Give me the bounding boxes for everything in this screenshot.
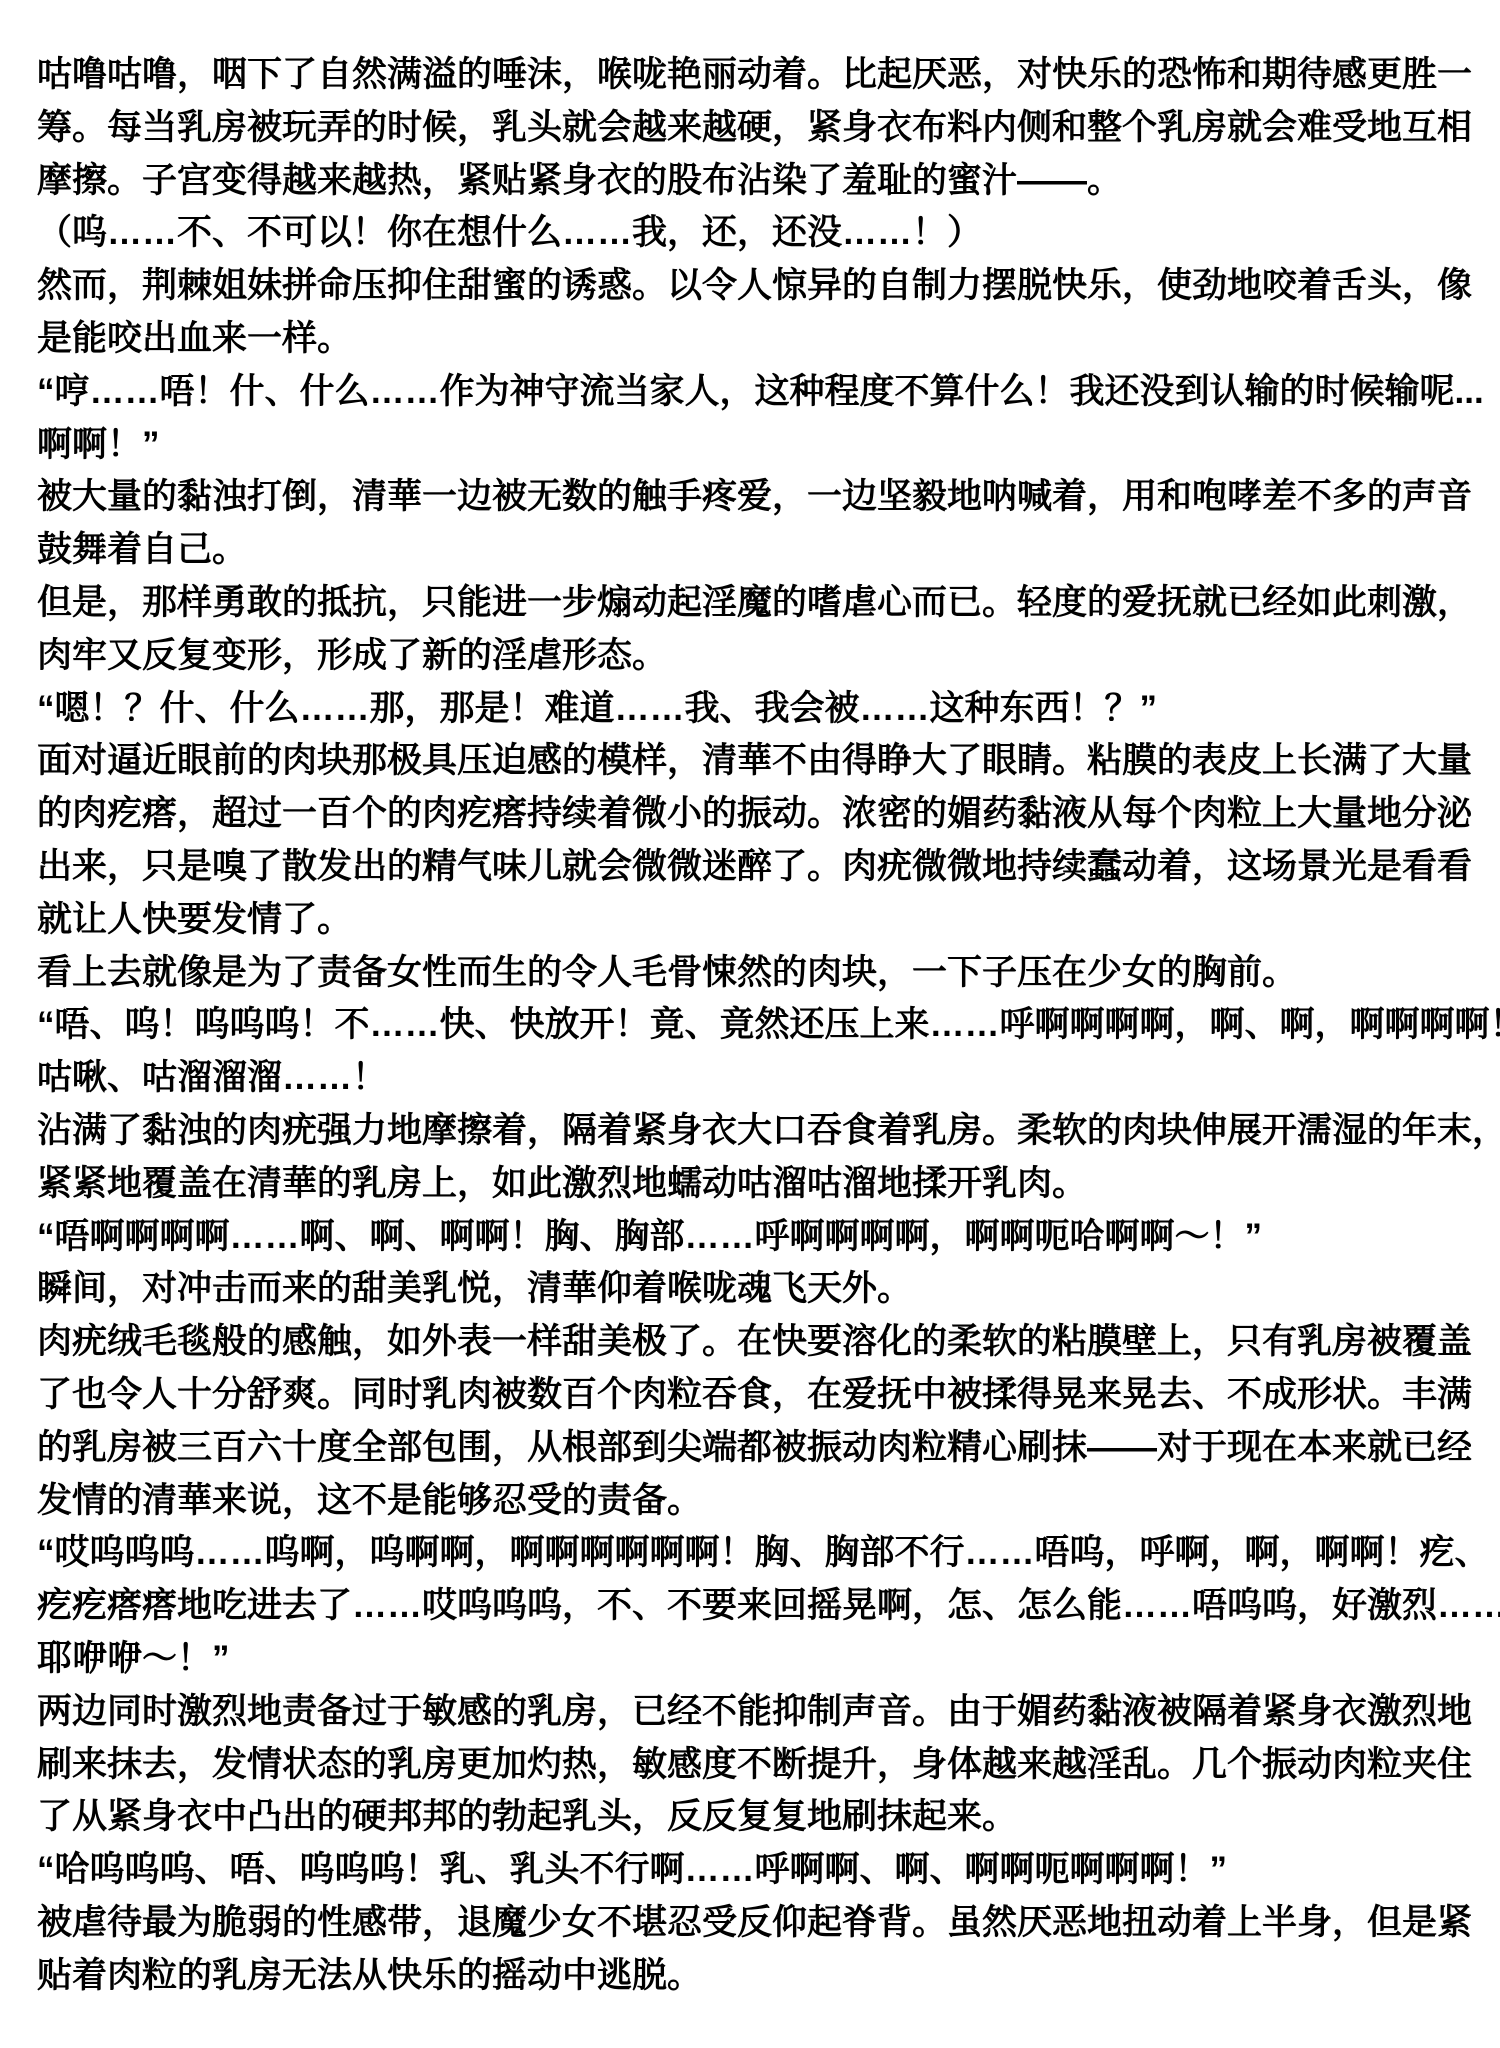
text-line: 啊啊！”	[37, 419, 1464, 472]
page-text: 咕噜咕噜，咽下了自然满溢的唾沫，喉咙艳丽动着。比起厌恶，对快乐的恐怖和期待感更胜…	[0, 0, 1500, 2048]
text-line: “哈呜呜呜、唔、呜呜呜！乳、乳头不行啊……呼啊啊、啊、啊啊呃啊啊啊！”	[37, 1844, 1464, 1897]
text-line: “哎呜呜呜……呜啊，呜啊啊，啊啊啊啊啊啊！胸、胸部不行……唔呜，呼啊，啊，啊啊！…	[37, 1527, 1464, 1580]
text-line: 咕啾、咕溜溜溜……！	[37, 1052, 1464, 1105]
text-line: 的乳房被三百六十度全部包围，从根部到尖端都被振动肉粒精心刷抹——对于现在本来就已…	[37, 1422, 1464, 1475]
text-line: 肉牢又反复变形，形成了新的淫虐形态。	[37, 630, 1464, 683]
text-line: 发情的清華来说，这不是能够忍受的责备。	[37, 1475, 1464, 1528]
text-line: “唔、呜！呜呜呜！不……快、快放开！竟、竟然还压上来……呼啊啊啊啊，啊、啊，啊啊…	[37, 999, 1464, 1052]
text-line: 看上去就像是为了责备女性而生的令人毛骨悚然的肉块，一下子压在少女的胸前。	[37, 947, 1464, 1000]
text-line: 咕噜咕噜，咽下了自然满溢的唾沫，喉咙艳丽动着。比起厌恶，对快乐的恐怖和期待感更胜…	[37, 49, 1464, 102]
text-line: 面对逼近眼前的肉块那极具压迫感的模样，清華不由得睁大了眼睛。粘膜的表皮上长满了大…	[37, 735, 1464, 788]
text-line: 鼓舞着自己。	[37, 524, 1464, 577]
text-line: 紧紧地覆盖在清華的乳房上，如此激烈地蠕动咕溜咕溜地揉开乳肉。	[37, 1158, 1464, 1211]
text-line: 了从紧身衣中凸出的硬邦邦的勃起乳头，反反复复地刷抹起来。	[37, 1791, 1464, 1844]
text-line: 耶咿咿～！”	[37, 1633, 1464, 1686]
text-line: 疙疙瘩瘩地吃进去了……哎呜呜呜，不、不要来回摇晃啊，怎、怎么能……唔呜呜，好激烈…	[37, 1580, 1464, 1633]
text-line: 贴着肉粒的乳房无法从快乐的摇动中逃脱。	[37, 1950, 1464, 2003]
text-line: “嗯！？什、什么……那，那是！难道……我、我会被……这种东西！？”	[37, 683, 1464, 736]
text-line: 沾满了黏浊的肉疣强力地摩擦着，隔着紧身衣大口吞食着乳房。柔软的肉块伸展开濡湿的年…	[37, 1105, 1464, 1158]
text-line: 但是，那样勇敢的抵抗，只能进一步煽动起淫魔的嗜虐心而已。轻度的爱抚就已经如此刺激…	[37, 577, 1464, 630]
text-line: 出来，只是嗅了散发出的精气味儿就会微微迷醉了。肉疣微微地持续蠢动着，这场景光是看…	[37, 841, 1464, 894]
text-line: 就让人快要发情了。	[37, 894, 1464, 947]
text-line: （呜……不、不可以！你在想什么……我，还，还没……！）	[37, 207, 1464, 260]
text-line: 筹。每当乳房被玩弄的时候，乳头就会越来越硬，紧身衣布料内侧和整个乳房就会难受地互…	[37, 102, 1464, 155]
text-line: 然而，荆棘姐妹拼命压抑住甜蜜的诱惑。以令人惊异的自制力摆脱快乐，使劲地咬着舌头，…	[37, 260, 1464, 313]
text-line: 瞬间，对冲击而来的甜美乳悦，清華仰着喉咙魂飞天外。	[37, 1263, 1464, 1316]
text-line: 是能咬出血来一样。	[37, 313, 1464, 366]
text-line: 被虐待最为脆弱的性感带，退魔少女不堪忍受反仰起脊背。虽然厌恶地扭动着上半身，但是…	[37, 1897, 1464, 1950]
text-line: “唔啊啊啊啊……啊、啊、啊啊！胸、胸部……呼啊啊啊啊，啊啊呃哈啊啊～！”	[37, 1211, 1464, 1264]
text-line: 摩擦。子宫变得越来越热，紧贴紧身衣的股布沾染了羞耻的蜜汁——。	[37, 155, 1464, 208]
text-line: 了也令人十分舒爽。同时乳肉被数百个肉粒吞食，在爱抚中被揉得晃来晃去、不成形状。丰…	[37, 1369, 1464, 1422]
text-line: “哼……唔！什、什么……作为神守流当家人，这种程度不算什么！我还没到认输的时候输…	[37, 366, 1464, 419]
text-line: 的肉疙瘩，超过一百个的肉疙瘩持续着微小的振动。浓密的媚药黏液从每个肉粒上大量地分…	[37, 788, 1464, 841]
text-line: 被大量的黏浊打倒，清華一边被无数的触手疼爱，一边坚毅地呐喊着，用和咆哮差不多的声…	[37, 471, 1464, 524]
text-line: 刷来抹去，发情状态的乳房更加灼热，敏感度不断提升，身体越来越淫乱。几个振动肉粒夹…	[37, 1739, 1464, 1792]
text-line: 两边同时激烈地责备过于敏感的乳房，已经不能抑制声音。由于媚药黏液被隔着紧身衣激烈…	[37, 1686, 1464, 1739]
text-line: 肉疣绒毛毯般的感触，如外表一样甜美极了。在快要溶化的柔软的粘膜壁上，只有乳房被覆…	[37, 1316, 1464, 1369]
